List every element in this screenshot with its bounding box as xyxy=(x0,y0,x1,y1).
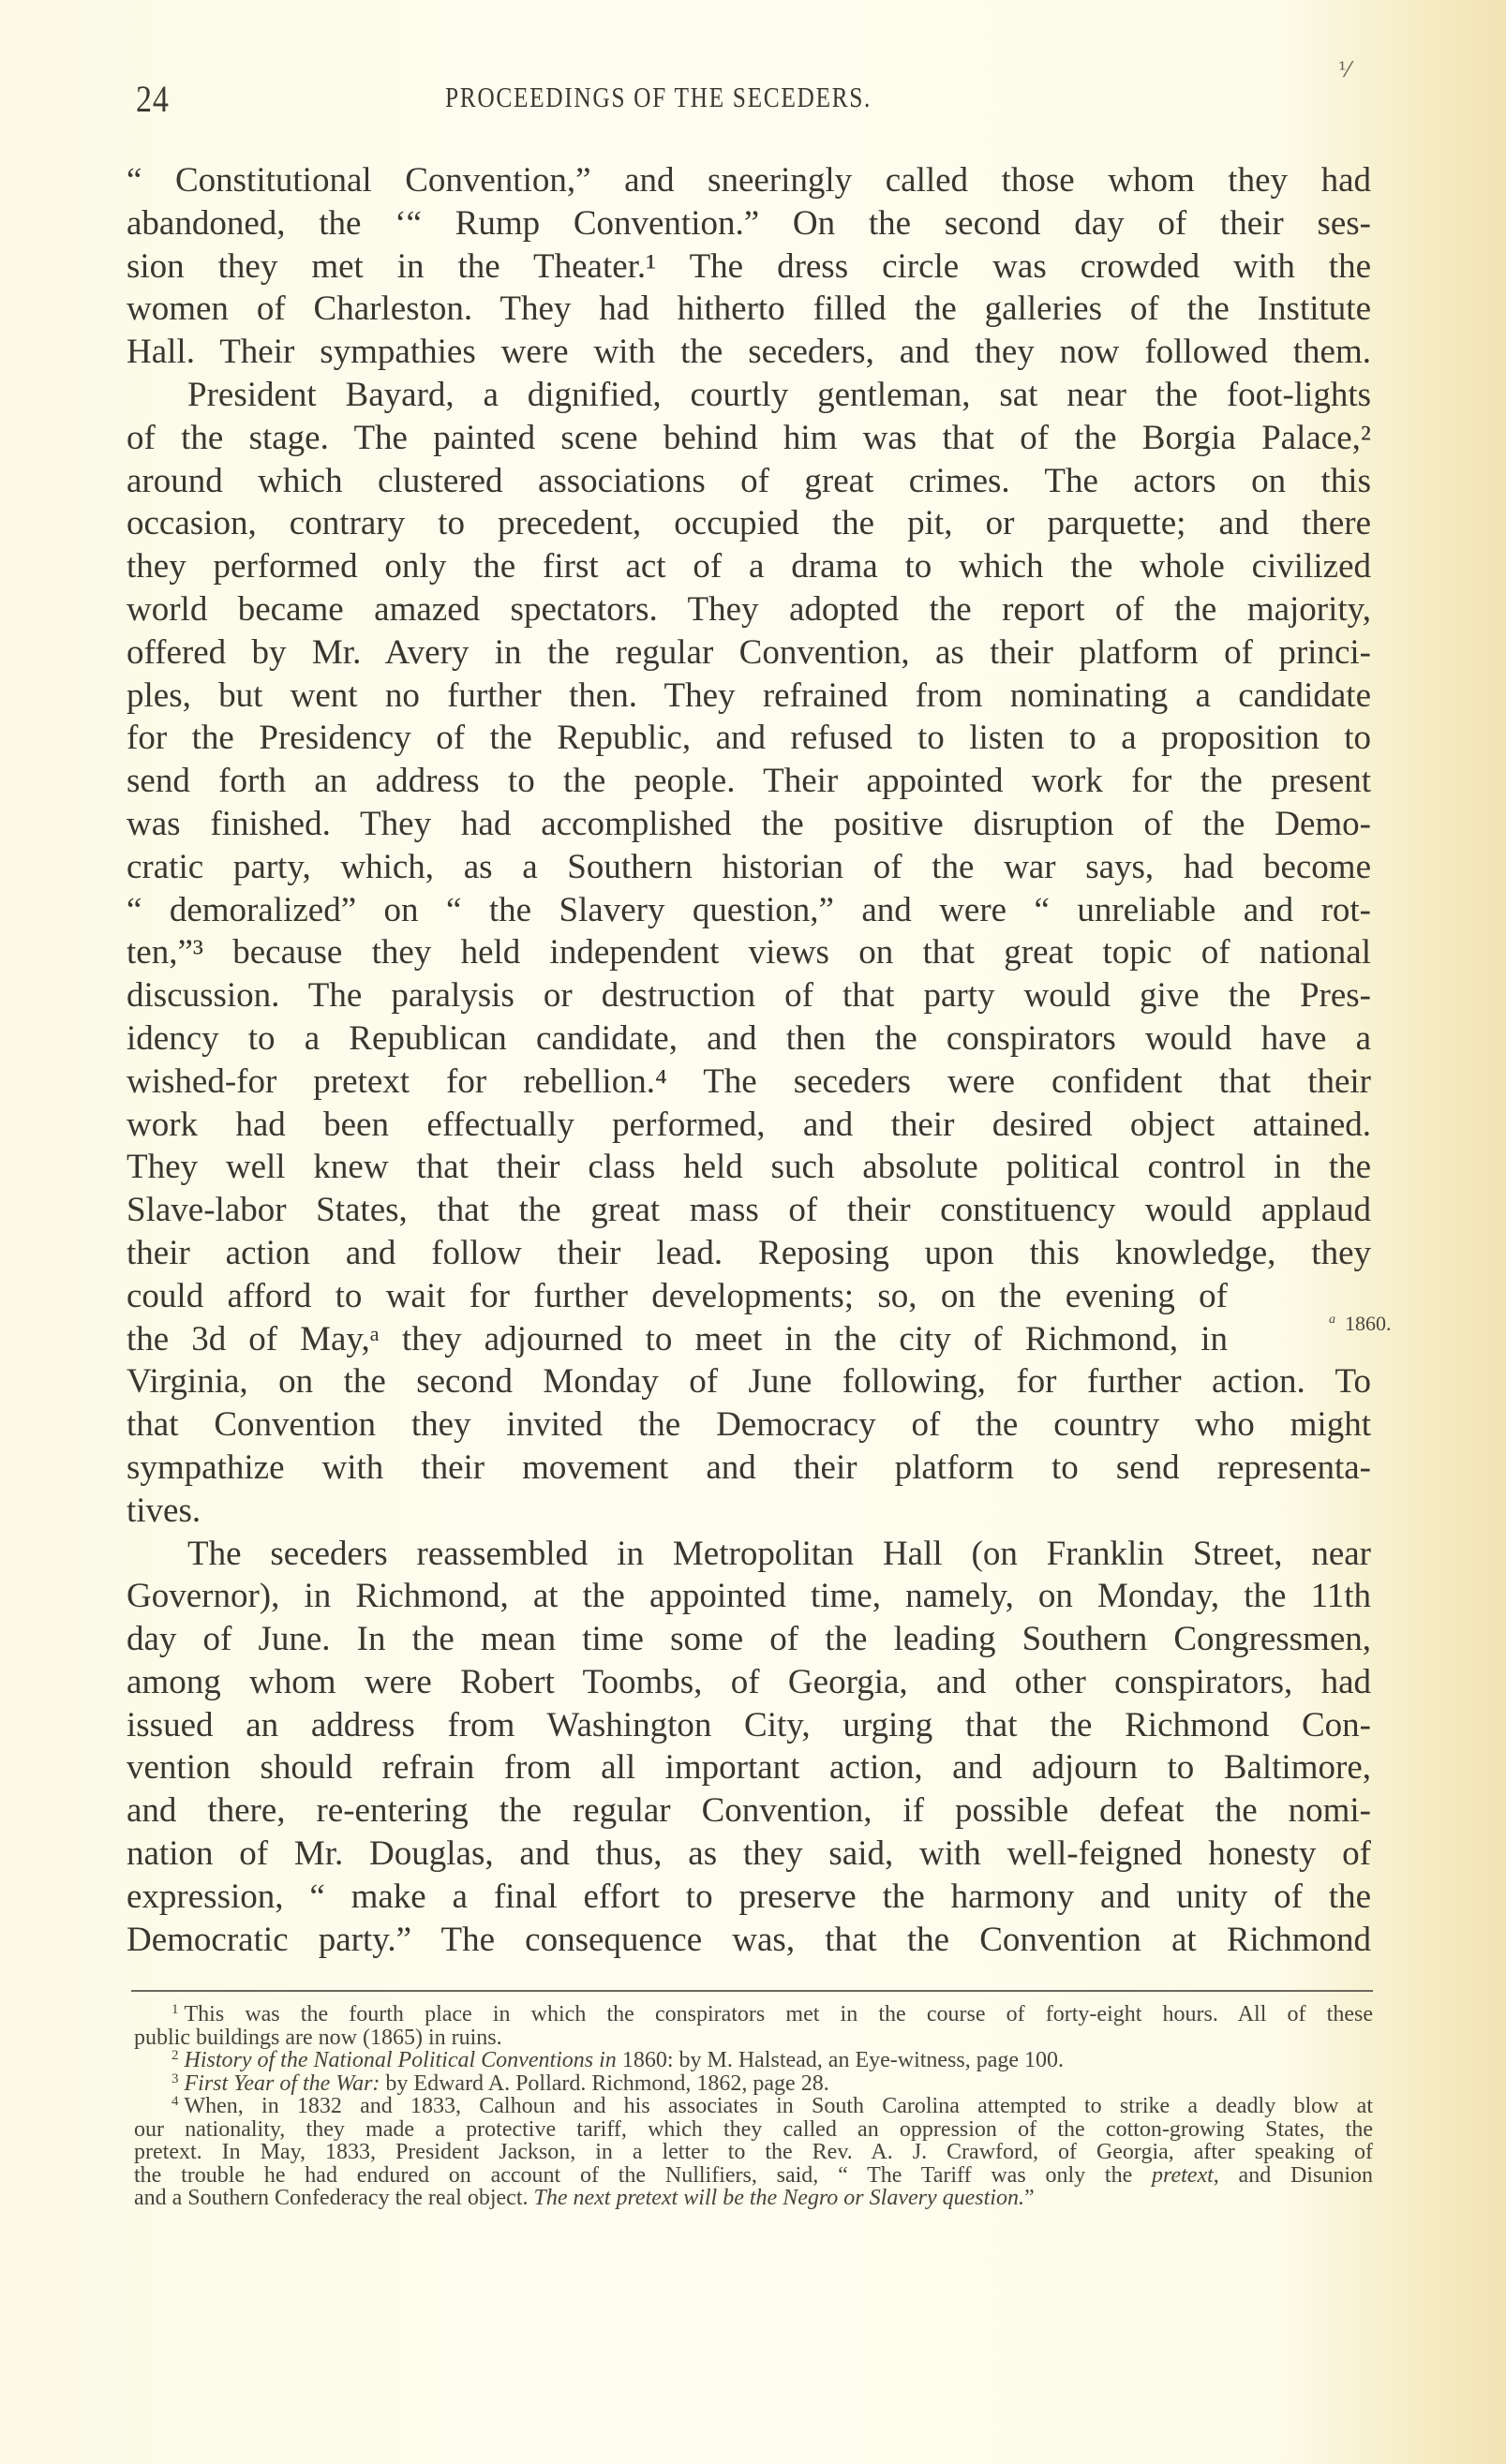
margin-note-text: 1860. xyxy=(1345,1312,1392,1335)
text-line: vention should refrain from all importan… xyxy=(127,1746,1371,1789)
footnote-close-quote: ” xyxy=(1024,2186,1035,2210)
text-line: they performed only the first act of a d… xyxy=(127,545,1371,588)
footnote-1: 1This was the fourth place in which the … xyxy=(134,2003,1373,2026)
text-line: Hall. Their sympathies were with the sec… xyxy=(127,331,1371,374)
footnote-text: This was the fourth place in which the c… xyxy=(185,2002,1374,2026)
text-line: and there, re-entering the regular Conve… xyxy=(127,1789,1371,1833)
text-line: among whom were Robert Toombs, of Georgi… xyxy=(127,1661,1371,1704)
text-line: abandoned, the ‘“ Rump Convention.” On t… xyxy=(127,202,1371,245)
margin-date-note: a1860. xyxy=(1329,1312,1392,1336)
footnote-text: 1860: by M. Halstead, an Eye-witness, pa… xyxy=(617,2048,1064,2072)
footnote-book-title: History of the National Political Conven… xyxy=(185,2048,617,2072)
text-line: of the stage. The painted scene behind h… xyxy=(127,417,1371,460)
text-line: Virginia, on the second Monday of June f… xyxy=(127,1360,1371,1403)
page-number: 24 xyxy=(136,77,170,121)
text-line: that Convention they invited the Democra… xyxy=(127,1403,1371,1447)
text-line: President Bayard, a dignified, courtly g… xyxy=(127,374,1371,417)
body-text: “ Constitutional Convention,” and sneeri… xyxy=(127,159,1371,1961)
footnote-4-cont: the trouble he had endured on account of… xyxy=(134,2164,1373,2188)
text-line: nation of Mr. Douglas, and thus, as they… xyxy=(127,1833,1371,1876)
text-line: offered by Mr. Avery in the regular Conv… xyxy=(127,631,1371,675)
text-line: They well knew that their class held suc… xyxy=(127,1146,1371,1189)
text-line: send forth an address to the people. The… xyxy=(127,760,1371,803)
footnote-2: 2History of the National Political Conve… xyxy=(134,2049,1373,2072)
text-line: work had been effectually performed, and… xyxy=(127,1104,1371,1147)
text-line: “ Constitutional Convention,” and sneeri… xyxy=(127,159,1371,202)
footnote-text: the trouble he had endured on account of… xyxy=(134,2163,1132,2188)
footnote-number: 2 xyxy=(171,2048,179,2063)
footnote-text: by Edward A. Pollard. Richmond, 1862, pa… xyxy=(380,2071,828,2096)
footnote-3: 3First Year of the War: by Edward A. Pol… xyxy=(134,2072,1373,2096)
footnote-rule xyxy=(131,1990,1373,1992)
text-line: was finished. They had accomplished the … xyxy=(127,803,1371,846)
text-line: ples, but went no further then. They ref… xyxy=(127,675,1371,718)
text-line: for the Presidency of the Republic, and … xyxy=(127,717,1371,760)
text-line: issued an address from Washington City, … xyxy=(127,1704,1371,1747)
text-line: tives. xyxy=(127,1490,1371,1533)
text-line: around which clustered associations of g… xyxy=(127,460,1371,503)
text-line: expression, “ make a final effort to pre… xyxy=(127,1876,1371,1919)
footnote-text: , and Disunion xyxy=(1214,2163,1373,2188)
text-line: occasion, contrary to precedent, occupie… xyxy=(127,502,1371,545)
text-line: Governor), in Richmond, at the appointed… xyxy=(127,1575,1371,1618)
text-line: day of June. In the mean time some of th… xyxy=(127,1618,1371,1661)
footnote-4: 4When, in 1832 and 1833, Calhoun and his… xyxy=(134,2095,1373,2118)
text-line: women of Charleston. They had hitherto f… xyxy=(127,288,1371,331)
text-line: The seceders reassembled in Metropolitan… xyxy=(127,1533,1371,1576)
text-line: sion they met in the Theater.¹ The dress… xyxy=(127,245,1371,289)
text-line: sympathize with their movement and their… xyxy=(127,1447,1371,1490)
text-line: wished-for pretext for rebellion.⁴ The s… xyxy=(127,1061,1371,1104)
text-line: discussion. The paralysis or destruction… xyxy=(127,974,1371,1017)
footnote-book-title: First Year of the War: xyxy=(185,2071,380,2096)
footnotes: 1This was the fourth place in which the … xyxy=(134,2003,1373,2210)
footnote-number: 1 xyxy=(171,2002,179,2017)
text-line: cratic party, which, as a Southern histo… xyxy=(127,846,1371,889)
running-title: PROCEEDINGS OF THE SECEDERS. xyxy=(445,81,872,114)
text-line: “ demoralized” on “ the Slavery question… xyxy=(127,889,1371,932)
running-head: 24 PROCEEDINGS OF THE SECEDERS. xyxy=(136,77,1373,118)
footnote-4-cont: pretext. In May, 1833, President Jackson… xyxy=(134,2141,1373,2164)
footnote-quote: The next pretext will be the Negro or Sl… xyxy=(534,2186,1024,2210)
text-line: Democratic party.” The consequence was, … xyxy=(127,1919,1371,1962)
text-line: idency to a Republican candidate, and th… xyxy=(127,1017,1371,1061)
footnote-4-cont: our nationality, they made a protective … xyxy=(134,2118,1373,2142)
text-line: ten,”³ because they held independent vie… xyxy=(127,931,1371,974)
footnote-1-cont: public buildings are now (1865) in ruins… xyxy=(134,2026,1373,2050)
footnote-number: 4 xyxy=(171,2094,179,2109)
text-line: Slave-labor States, that the great mass … xyxy=(127,1189,1371,1232)
text-line: the 3d of May,ᵃ they adjourned to meet i… xyxy=(127,1318,1228,1361)
text-line: their action and follow their lead. Repo… xyxy=(127,1232,1371,1275)
footnote-4-cont: and a Southern Confederacy the real obje… xyxy=(134,2187,1373,2210)
margin-note-mark: a xyxy=(1329,1313,1335,1327)
footnote-text: and a Southern Confederacy the real obje… xyxy=(134,2186,534,2210)
text-line: world became amazed spectators. They ado… xyxy=(127,588,1371,631)
footnote-number: 3 xyxy=(171,2071,179,2086)
footnote-emphasis: pretext xyxy=(1152,2163,1214,2188)
text-line: could afford to wait for further develop… xyxy=(127,1275,1228,1318)
footnote-text: When, in 1832 and 1833, Calhoun and his … xyxy=(185,2094,1374,2118)
